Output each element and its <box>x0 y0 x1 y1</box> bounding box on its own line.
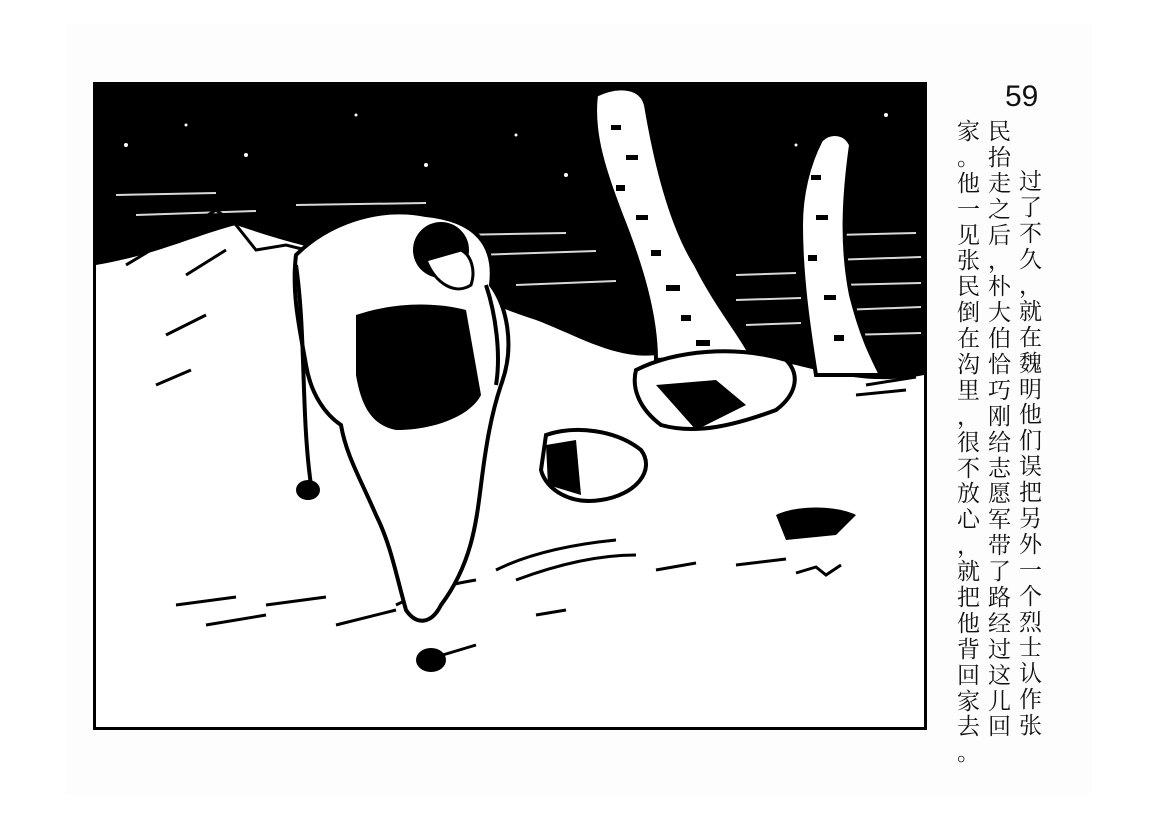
caption-column-1: 过了不久，就在魏明他们误把另外一个烈士认作张 <box>1015 120 1046 740</box>
illustration-drawing <box>96 85 924 727</box>
caption-column-2: 民抬走之后，朴大伯恰巧刚给志愿军带了路经过这儿回 <box>984 120 1015 740</box>
page-number: 59 <box>1005 80 1038 114</box>
caption-text: 过了不久，就在魏明他们误把另外一个烈士认作张 民抬走之后，朴大伯恰巧刚给志愿军带… <box>926 120 1046 740</box>
caption-column-3: 家。他一见张民倒在沟里，很不放心，就把他背回家去。 <box>953 120 984 740</box>
illustration-panel <box>93 82 927 730</box>
